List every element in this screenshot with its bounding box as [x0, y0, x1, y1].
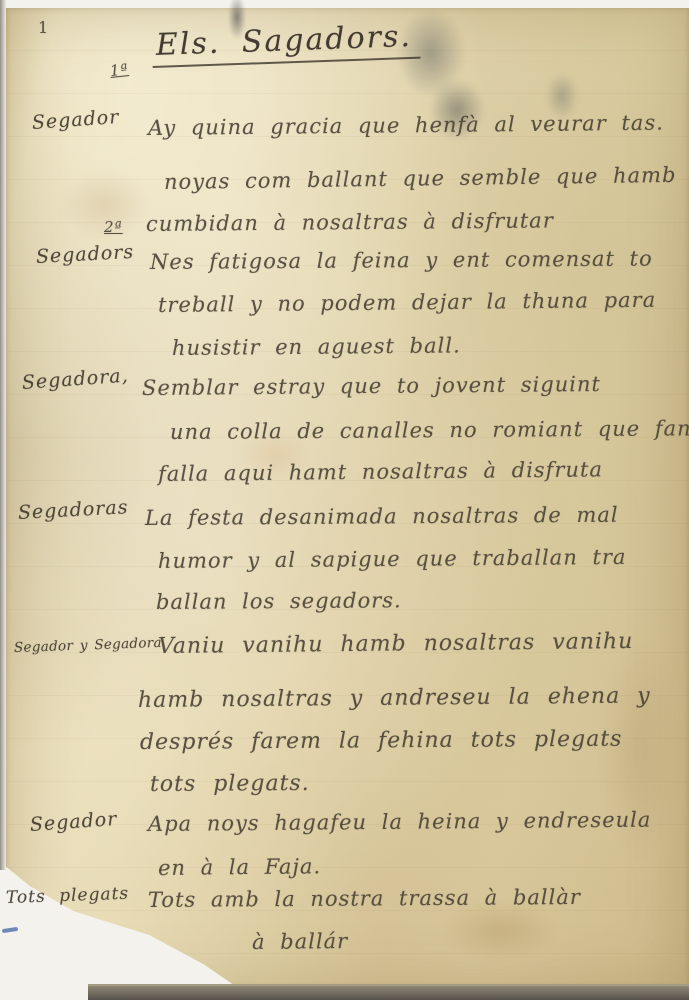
speaker-label: Tots plegats — [6, 884, 130, 908]
verse-line: en à la Faja. — [158, 854, 321, 880]
verse-line: husistir en aguest ball. — [172, 333, 461, 360]
verse-line: La festa desanimada nosaltras de mal — [145, 503, 619, 530]
verse-line: Vaniu vanihu hamb nosaltras vanihu — [158, 629, 634, 659]
verse-line: falla aqui hamt nosaltras à disfruta — [158, 457, 603, 486]
verse-line: tots plegats. — [150, 771, 310, 797]
scene-marker: 1ª — [109, 60, 129, 80]
verse-line: Semblar estray que to jovent siguint — [142, 372, 601, 400]
page-number: 1 — [38, 18, 49, 37]
verse-line: després farem la fehina tots plegats — [140, 727, 623, 755]
underlying-page-edge — [88, 984, 689, 1000]
scan-edge-shadow — [0, 0, 7, 870]
verse-line: hamb nosaltras y andreseu la ehena y — [138, 684, 651, 713]
verse-marker: 2ª — [104, 218, 123, 236]
verse-line: cumbidan à nosaltras à disfrutar — [146, 208, 554, 236]
verse-line: Nes fatigosa la feina y ent comensat to — [150, 246, 653, 274]
verse-line: ballan los segadors. — [156, 588, 402, 614]
verse-line: una colla de canalles no romiant que fan… — [170, 416, 689, 444]
scanned-manuscript-page: 1 Els. Sagadors. 1ª Segador Ay quina gra… — [0, 0, 689, 1000]
verse-line: Tots amb la nostra trassa à ballàr — [148, 885, 581, 912]
verse-line: Apa noys hagafeu la heina y endreseula — [148, 808, 652, 836]
verse-line: humor y al sapigue que traballan tra — [158, 545, 627, 573]
blue-pen-mark — [2, 927, 18, 933]
verse-line: à ballár — [252, 929, 348, 954]
